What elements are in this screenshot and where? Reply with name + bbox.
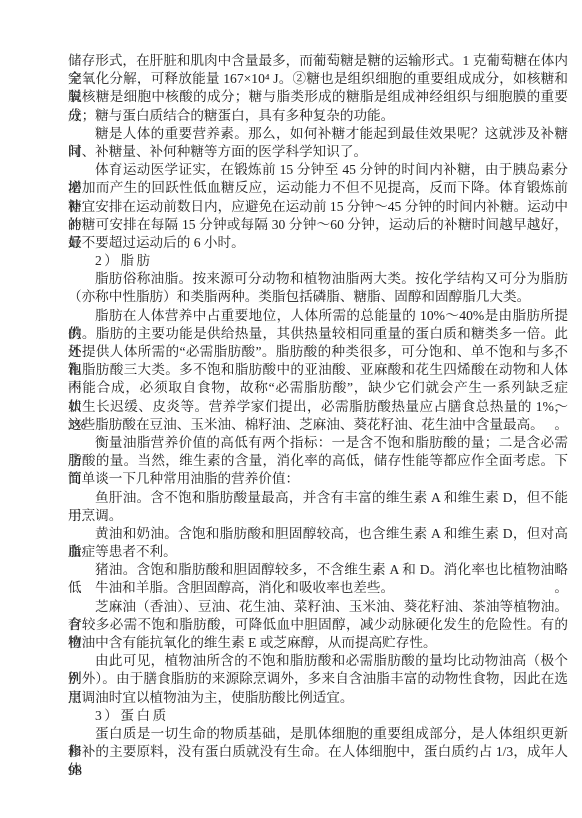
text-line: 黄油和奶油。含饱和脂肪酸和胆固醇较高，也含维生素 A 和维生素 D，但对高脂 bbox=[68, 525, 568, 543]
text-line: 补糖可安排在每隔 15 分钟或每隔 30 分钟～60 分钟，运动后的补糖时间越早… bbox=[68, 216, 568, 234]
text-line: 由此可见，植物油所含的不饱和脂肪酸和必需脂肪酸的量均比动物油高（极个别 bbox=[68, 652, 568, 670]
text-line: 物油中含有能抗氧化的维生素 E 或芝麻醇，从而提高贮存性。 bbox=[68, 634, 568, 652]
text-line: 衡量油脂营养价值的高低有两个指标：一是含不饱和脂肪酸的量；二是含必需脂 bbox=[68, 434, 568, 452]
text-line: 鱼肝油。含不饱和脂肪酸量最高，并含有丰富的维生素 A 和维生素 D，但不能用 bbox=[68, 489, 568, 507]
document-page: 储存形式，在肝脏和肌肉中含量最多，而葡萄糖是糖的运输形式。1 克葡萄糖在体内完全… bbox=[0, 0, 582, 818]
text-line: 简单谈一下几种常用油脂的营养价值： bbox=[68, 470, 568, 488]
text-line: 间、补糖量、补何种糖等方面的医学科学知识了。 bbox=[68, 143, 568, 161]
text-line: 如生长迟缓、皮炎等。营养学家们提出，必需脂肪酸热量应占膳食总热量的 1%～3%。 bbox=[68, 398, 568, 416]
text-line: 好不要超过运动后的 6 小时。 bbox=[68, 234, 568, 252]
text-line: 全氧化分解，可释放能量 167×10⁴ J。②糖也是组织细胞的重要组成成分，如核… bbox=[68, 70, 568, 88]
page-number: 98 bbox=[68, 763, 82, 781]
text-line: 于烹调。 bbox=[68, 507, 568, 525]
text-line: 肪酸的量。当然，维生素的含量，消化率的高低，储存性能等都应作全面考虑。下面 bbox=[68, 452, 568, 470]
text-line: 有较多必需不饱和脂肪酸，可降低血中胆固醇，减少动脉硬化发生的危险性。有的植 bbox=[68, 616, 568, 634]
section-heading: 3）蛋白质 bbox=[68, 707, 568, 725]
text-line: 增加而产生的回跃性低血糖反应，运动能力不但不见提高，反而下降。体育锻炼前补 bbox=[68, 179, 568, 197]
text-line: 蛋白质是一切生命的物质基础，是肌体细胞的重要组成部分，是人体组织更新和 bbox=[68, 725, 568, 743]
text-line: 氧核糖是细胞中核酸的成分；糖与脂类形成的糖脂是组成神经组织与细胞膜的重要成 bbox=[68, 88, 568, 106]
text-line: 和脂肪酸三大类。多不饱和脂肪酸中的亚油酸、亚麻酸和花生四烯酸在动物和人体内 bbox=[68, 361, 568, 379]
text-line: 体育运动医学证实，在锻炼前 15 分钟至 45 分钟的时间内补糖，由于胰岛素分泌 bbox=[68, 161, 568, 179]
text-line: 糖是人体的重要营养素。那么，如何补糖才能起到最佳效果呢？这就涉及补糖时 bbox=[68, 125, 568, 143]
text-line: 脂肪在人体营养中占重要地位，人体所需的总能量的 10%～40%是由脂肪所提供 bbox=[68, 307, 568, 325]
text-line: 糖宜安排在运动前数日内，应避免在运动前 15 分钟～45 分钟的时间内补糖。运动… bbox=[68, 198, 568, 216]
text-line: 脂肪俗称油脂。按来源可分动物和植物油脂两大类。按化学结构又可分为脂肪 bbox=[68, 270, 568, 288]
text-line: 血症等患者不利。 bbox=[68, 543, 568, 561]
text-line: （亦称中性脂肪）和类脂两种。类脂包括磷脂、糖脂、固醇和固醇脂几大类。 bbox=[68, 288, 568, 306]
text-line: 的。脂肪的主要功能是供给热量，其供热量较相同重量的蛋白质和糖类多一倍。此外， bbox=[68, 325, 568, 343]
text-line: 这些脂肪酸在豆油、玉米油、棉籽油、芝麻油、葵花籽油、花生油中含量最高。 bbox=[68, 416, 568, 434]
text-line: 例外）。由于膳食脂肪的来源除烹调外，多来自含油脂丰富的动物性食物，因此在选用 bbox=[68, 670, 568, 688]
text-line: 不能合成，必须取自食物，故称“必需脂肪酸”，缺少它们就会产生一系列缺乏症状， bbox=[68, 379, 568, 397]
text-line: 储存形式，在肝脏和肌肉中含量最多，而葡萄糖是糖的运输形式。1 克葡萄糖在体内完 bbox=[68, 52, 568, 70]
text-line: 还提供人体所需的“必需脂肪酸”。脂肪酸的种类很多，可分饱和、单不饱和与多不饱 bbox=[68, 343, 568, 361]
text-line: 修补的主要原料，没有蛋白质就没有生命。在人体细胞中，蛋白质约占 1/3，成年人体 bbox=[68, 743, 568, 761]
text-line: 分；糖与蛋白质结合的糖蛋白，具有多种复杂的功能。 bbox=[68, 107, 568, 125]
text-line: 烹调油时宜以植物油为主，使脂肪酸比例适宜。 bbox=[68, 689, 568, 707]
text-line: 猪油。含饱和脂肪酸和胆固醇较多，不含维生素 A 和 D。消化率也比植物油略低。 bbox=[68, 561, 568, 579]
page-body-text: 储存形式，在肝脏和肌肉中含量最多，而葡萄糖是糖的运输形式。1 克葡萄糖在体内完全… bbox=[68, 52, 568, 761]
section-heading: 2）脂肪 bbox=[68, 252, 568, 270]
text-line: 芝麻油（香油）、豆油、花生油、菜籽油、玉米油、葵花籽油、茶油等植物油。含 bbox=[68, 598, 568, 616]
